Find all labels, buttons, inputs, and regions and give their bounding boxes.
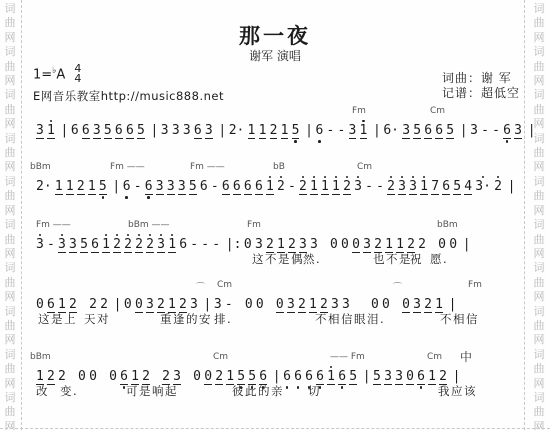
time-signature: 44 — [74, 64, 81, 84]
transcriber-credit: 记谱：超低空 — [442, 86, 520, 101]
note: 2· — [229, 123, 245, 138]
note: 3 — [342, 297, 350, 312]
note: 0 — [36, 297, 44, 312]
note: 2 — [299, 179, 307, 195]
note: 3 — [409, 179, 417, 195]
note: | — [460, 123, 468, 138]
note: 6 — [305, 369, 313, 384]
note: 0 — [244, 237, 252, 252]
chord-label: Fm —— — [190, 162, 225, 172]
chord-label: Cm — [357, 162, 372, 172]
lyric: 愿. — [430, 251, 448, 267]
note: 6 — [315, 123, 323, 138]
note: 6 — [294, 369, 302, 384]
note: 1 — [102, 237, 110, 253]
note: | — [363, 369, 371, 384]
lyric: 彼此的亲 — [232, 383, 284, 399]
performer: 谢军 演唱 — [0, 47, 550, 64]
note: - — [288, 179, 296, 194]
note: 5 — [446, 123, 454, 139]
note: 2 — [424, 297, 432, 313]
note: 5 — [413, 123, 421, 139]
note: 3 — [354, 179, 362, 194]
note: 0 — [382, 297, 390, 312]
note: 3 — [157, 237, 165, 253]
note: 5 — [292, 123, 300, 139]
note: 6 — [244, 179, 252, 195]
note: 3 — [255, 237, 263, 252]
note: 5 — [99, 179, 107, 195]
chord-label: bBm — [30, 352, 51, 362]
note: 1 — [327, 369, 335, 385]
song-title: 那一夜 — [0, 20, 550, 50]
note: 6 — [255, 179, 263, 195]
note: - — [225, 297, 233, 312]
note: 1 — [420, 179, 428, 195]
lyric: 可是响起 — [126, 383, 178, 399]
note: - — [201, 237, 209, 252]
note: 5 — [349, 369, 357, 385]
note: 1 — [310, 179, 318, 195]
lyric: 这是上 — [38, 311, 77, 327]
note: 2 — [270, 123, 278, 139]
note: 6 — [503, 123, 511, 139]
note: 0 — [135, 297, 143, 313]
credits: 词曲：谢 军 记谱：超低空 — [442, 71, 520, 101]
chord-label: bB — [273, 162, 285, 172]
note: 5 — [80, 237, 88, 253]
note: 6 — [115, 123, 123, 139]
note: 3 — [183, 123, 191, 138]
note: | — [373, 123, 381, 138]
note: | — [114, 297, 122, 312]
notes-line: 061222|0032123|3-000321233000321| — [36, 293, 459, 313]
note: 2 — [100, 297, 108, 312]
note: 1 — [248, 123, 256, 139]
note: 3 — [36, 123, 44, 139]
note: 5 — [189, 179, 197, 195]
note: | — [218, 123, 226, 138]
note: 3 — [514, 123, 522, 139]
lyric: 我应该 — [438, 383, 477, 399]
note: 3 — [384, 369, 392, 385]
note: 0 — [371, 297, 379, 312]
chord-label: Cm — [217, 280, 232, 290]
note: | — [463, 237, 471, 252]
chord-label: Fm —— — [36, 220, 71, 230]
lyric: 泪. — [367, 311, 385, 327]
note: 7 — [431, 179, 439, 195]
chord-label: Fm —— — [110, 162, 145, 172]
chord-label: Fm — [468, 280, 482, 290]
chord-label: 中 — [460, 348, 472, 365]
chord-label: —— Fm — [330, 352, 365, 362]
right-dashed-divider — [524, 0, 525, 430]
note: 3 — [172, 123, 180, 138]
lyric: 不相信 — [440, 311, 479, 327]
note: 3 — [395, 369, 403, 385]
note: 3 — [156, 179, 164, 195]
note: 2 — [387, 179, 395, 195]
note: | — [528, 123, 536, 138]
key-letter: A — [56, 68, 65, 83]
note: - — [481, 123, 489, 138]
note: 1 — [168, 237, 176, 253]
chord-label: Cm — [213, 352, 228, 362]
note: 3 — [146, 297, 154, 313]
note: 6 — [338, 369, 346, 385]
note: 5 — [104, 123, 112, 139]
note: 2 — [494, 179, 502, 194]
time-bottom: 4 — [74, 74, 81, 84]
note: 0 — [256, 297, 264, 312]
note: 6 — [123, 179, 131, 194]
note: 2 — [89, 297, 97, 312]
lyric: 这不是偶 — [252, 251, 304, 267]
note: 0 — [245, 297, 253, 312]
note: 2 — [113, 237, 121, 253]
note: - — [190, 237, 198, 252]
chord-label: Fm — [352, 106, 366, 116]
note: 3 — [58, 237, 66, 253]
notes-line: 3-335612222316---|:032123300032112200| — [36, 233, 473, 253]
note: 6 — [442, 179, 450, 195]
chord-label: Cm — [427, 352, 442, 362]
note: 3 — [310, 237, 318, 252]
bottom-dashed-divider — [0, 428, 550, 429]
note: 1 — [259, 123, 267, 139]
note: 6 — [82, 123, 90, 139]
note: 2 — [135, 237, 143, 253]
note: - — [212, 237, 220, 252]
note: 2 — [58, 369, 66, 384]
note: 2 — [77, 179, 85, 195]
note: 6 — [435, 123, 443, 139]
key-signature: 1=♭A44 — [33, 66, 81, 84]
note: - — [365, 179, 373, 194]
note: 1 — [428, 369, 436, 385]
note: 6 — [145, 179, 153, 195]
note: 6 — [233, 179, 241, 195]
note: |: — [226, 237, 242, 252]
note: 2 — [298, 297, 306, 313]
chord-label: bBm — [30, 162, 51, 172]
note: - — [134, 179, 142, 194]
note: 2· — [36, 179, 52, 194]
note: 1 — [66, 179, 74, 195]
note: 3 — [205, 123, 213, 139]
note: - — [47, 237, 55, 252]
key-prefix: 1= — [33, 68, 52, 83]
note: 3 — [178, 179, 186, 195]
chord-label: bBm — [437, 220, 458, 230]
note: 6 — [126, 123, 134, 139]
chord-label: ⌒ — [393, 280, 402, 293]
note: | — [150, 123, 158, 138]
chord-label: Cm — [430, 106, 445, 116]
note: | — [61, 123, 69, 138]
note: 6 — [424, 123, 432, 139]
notes-line: 122000612230021556|6666165|5330612| — [36, 365, 463, 385]
note: 1 — [55, 179, 63, 195]
note: 0 — [449, 237, 457, 252]
note: 0 — [124, 297, 132, 312]
note: 1 — [332, 179, 340, 195]
watermark-right: 词 曲 网 词 曲 网 词 曲 网 词 曲 网 词 曲 网 词 曲 网 词 曲 … — [531, 2, 547, 430]
note: 1 — [360, 123, 368, 139]
note: 2 — [146, 237, 154, 253]
lyric: 祝 — [410, 251, 423, 267]
lyric: 不相信眼 — [315, 311, 367, 327]
lyric: 切 — [308, 383, 321, 399]
note: 6 — [91, 237, 99, 253]
chord-label: Fm — [247, 220, 261, 230]
left-dashed-divider — [21, 0, 22, 430]
note: 1 — [88, 179, 96, 195]
note: 0 — [193, 369, 201, 384]
lyric: 天对 — [84, 311, 110, 327]
note: 6 — [283, 369, 291, 384]
notes-line: 2·11215|6-633356-666612-211123--23317654… — [36, 175, 518, 195]
note: | — [112, 179, 120, 194]
lyric: 排. — [214, 311, 232, 327]
note: 1 — [47, 123, 55, 139]
note: 0 — [352, 237, 360, 253]
note: 0 — [438, 237, 446, 252]
note: | — [305, 123, 313, 138]
note: 4 — [464, 179, 472, 195]
note: 3 — [93, 123, 101, 139]
note: 5 — [453, 179, 461, 195]
note: 3 — [69, 237, 77, 253]
note: 6 — [200, 179, 208, 194]
lyric: 然. — [303, 251, 321, 267]
lyric: 变. — [60, 383, 78, 399]
note: 6 — [222, 179, 230, 195]
chord-label: bBm —— — [128, 220, 170, 230]
note: | — [508, 179, 516, 194]
note: - — [211, 179, 219, 194]
note: 0 — [330, 237, 338, 252]
note: - — [326, 123, 334, 138]
note: 3 — [398, 179, 406, 195]
note: 6 — [71, 123, 79, 138]
note: | — [449, 297, 457, 312]
lyric: 也不是 — [373, 251, 412, 267]
note: 2 — [343, 179, 351, 195]
note: | — [453, 369, 461, 384]
note: 2 — [124, 237, 132, 253]
note: 3 — [190, 297, 198, 312]
note: 0 — [204, 369, 212, 385]
watermark-left: 词 曲 网 词 曲 网 词 曲 网 词 曲 网 词 曲 网 词 曲 网 词 曲 … — [2, 2, 18, 430]
note: 3 — [36, 237, 44, 252]
note: 3· — [475, 179, 491, 194]
note: 3 — [363, 237, 371, 253]
chord-label: ⌒ — [196, 280, 205, 293]
note: 6 — [194, 123, 202, 139]
note: 6· — [383, 123, 399, 138]
note: 2 — [277, 179, 285, 194]
note: 1 — [321, 179, 329, 195]
note: 5 — [137, 123, 145, 139]
note: | — [273, 369, 281, 384]
note: 2 — [418, 237, 426, 252]
note: 3 — [287, 297, 295, 313]
note: - — [376, 179, 384, 194]
note: 0 — [78, 369, 86, 384]
note: 0 — [89, 369, 97, 384]
note: 3 — [413, 297, 421, 313]
sheet-music-page: { "watermark": {"chars": "词曲网", "color":… — [0, 0, 550, 430]
note: | — [204, 297, 212, 312]
note: 5 — [373, 369, 381, 385]
note: 0 — [402, 297, 410, 313]
note: 6 — [179, 237, 187, 252]
site-label: E网音乐教室http://music888.net — [33, 88, 224, 104]
note: 1 — [266, 179, 274, 195]
composer-credit: 词曲：谢 军 — [442, 71, 520, 86]
note: 2 — [215, 369, 223, 385]
note: 3 — [161, 123, 169, 138]
note: 6 — [417, 369, 425, 385]
note: - — [492, 123, 500, 138]
note: 0 — [341, 237, 349, 252]
note: 0 — [276, 297, 284, 313]
notes-line: 31|6635665|33363|2·11215|6--31|6·35665|3… — [36, 119, 538, 139]
note: 0 — [406, 369, 414, 385]
note: 0 — [109, 369, 117, 384]
note: - — [337, 123, 345, 138]
note: 3 — [167, 179, 175, 195]
note: 1 — [281, 123, 289, 139]
note: 3 — [214, 297, 222, 312]
note: 3 — [402, 123, 410, 139]
lyric: 重逢的安 — [160, 311, 212, 327]
note: 3 — [331, 297, 339, 312]
note: 3 — [349, 123, 357, 139]
note: 3 — [470, 123, 478, 138]
lyric: 改 — [36, 383, 49, 399]
